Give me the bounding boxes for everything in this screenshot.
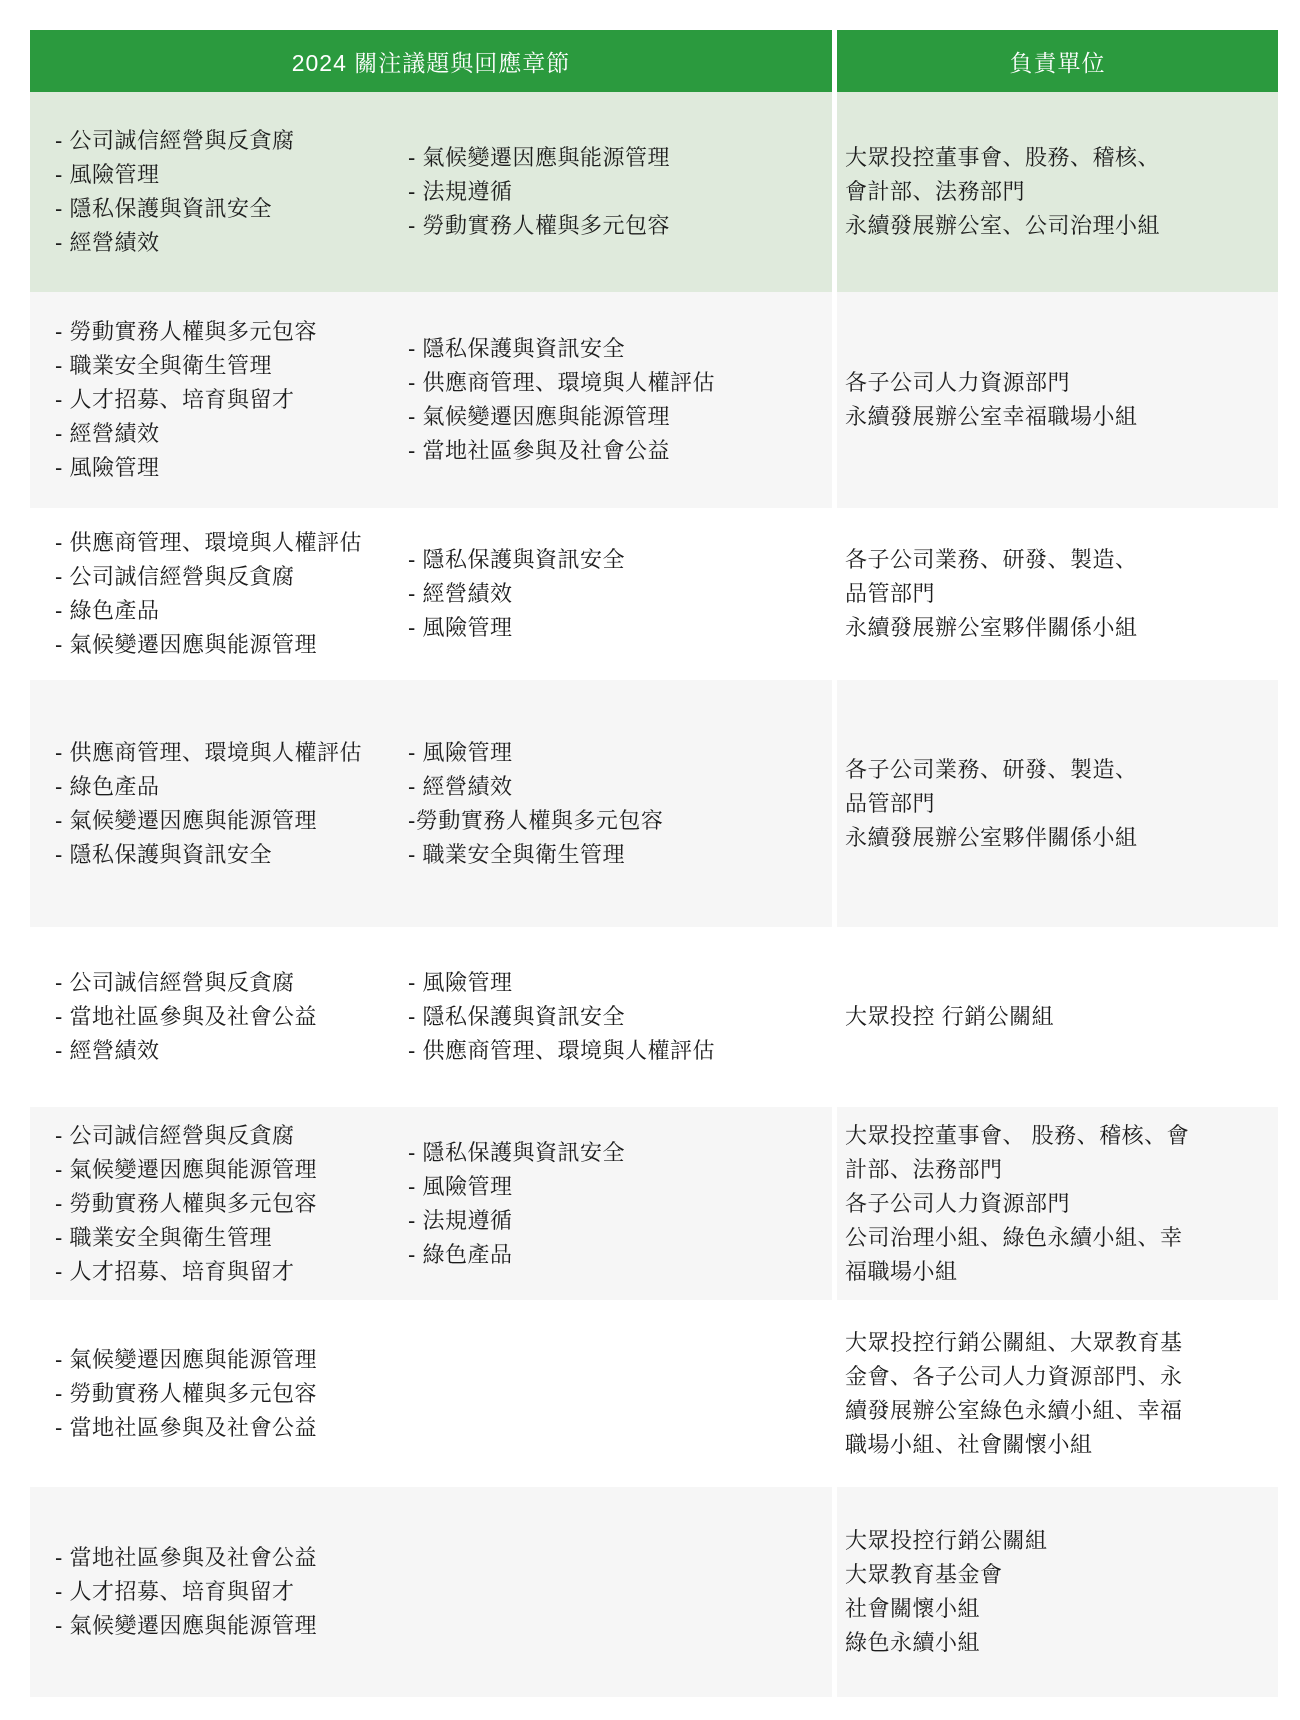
issues-cell: - 供應商管理、環境與人權評估- 綠色產品- 氣候變遷因應與能源管理- 隱私保護… bbox=[30, 680, 832, 927]
unit-cell: 各子公司業務、研發、製造、品管部門永續發展辦公室夥伴關係小組 bbox=[832, 680, 1278, 927]
issues-cell: - 勞動實務人權與多元包容- 職業安全與衛生管理- 人才招募、培育與留才- 經營… bbox=[30, 292, 832, 508]
unit-cell: 各子公司人力資源部門永續發展辦公室幸福職場小組 bbox=[832, 292, 1278, 508]
issue-item: - 綠色產品 bbox=[408, 1238, 828, 1272]
table-row: - 公司誠信經營與反貪腐- 當地社區參與及社會公益- 經營績效- 風險管理- 隱… bbox=[30, 927, 1278, 1107]
unit-line: 大眾投控董事會、 股務、稽核、會 bbox=[845, 1119, 1278, 1153]
unit-line: 社會關懷小組 bbox=[845, 1592, 1278, 1626]
issue-item: - 人才招募、培育與留才 bbox=[55, 383, 408, 417]
issue-item: - 氣候變遷因應與能源管理 bbox=[55, 804, 408, 838]
unit-line: 各子公司人力資源部門 bbox=[845, 366, 1278, 400]
issue-item: - 氣候變遷因應與能源管理 bbox=[55, 1343, 408, 1377]
issues-cell: - 公司誠信經營與反貪腐- 當地社區參與及社會公益- 經營績效- 風險管理- 隱… bbox=[30, 927, 832, 1107]
table-row: - 公司誠信經營與反貪腐- 風險管理- 隱私保護與資訊安全- 經營績效- 氣候變… bbox=[30, 92, 1278, 292]
unit-line: 大眾投控行銷公關組、大眾教育基 bbox=[845, 1326, 1278, 1360]
unit-cell: 各子公司業務、研發、製造、品管部門永續發展辦公室夥伴關係小組 bbox=[832, 508, 1278, 680]
issue-item: - 勞動實務人權與多元包容 bbox=[408, 209, 828, 243]
table-row: - 供應商管理、環境與人權評估- 綠色產品- 氣候變遷因應與能源管理- 隱私保護… bbox=[30, 680, 1278, 927]
issue-item: - 當地社區參與及社會公益 bbox=[408, 434, 828, 468]
issue-item: - 隱私保護與資訊安全 bbox=[408, 1000, 828, 1034]
unit-line: 品管部門 bbox=[845, 577, 1278, 611]
issue-item: - 風險管理 bbox=[55, 451, 408, 485]
header-issues-cell: 2024 關注議題與回應章節 bbox=[30, 30, 832, 92]
issue-list-primary: - 供應商管理、環境與人權評估- 綠色產品- 氣候變遷因應與能源管理- 隱私保護… bbox=[30, 736, 408, 872]
unit-line: 各子公司人力資源部門 bbox=[845, 1187, 1278, 1221]
unit-line: 大眾教育基金會 bbox=[845, 1558, 1278, 1592]
issue-item: - 供應商管理、環境與人權評估 bbox=[408, 366, 828, 400]
unit-line: 福職場小組 bbox=[845, 1255, 1278, 1289]
issue-item: - 風險管理 bbox=[408, 736, 828, 770]
unit-line: 綠色永續小組 bbox=[845, 1626, 1278, 1660]
table-row: - 當地社區參與及社會公益- 人才招募、培育與留才- 氣候變遷因應與能源管理大眾… bbox=[30, 1487, 1278, 1697]
unit-cell: 大眾投控董事會、 股務、稽核、會計部、法務部門各子公司人力資源部門公司治理小組、… bbox=[832, 1107, 1278, 1300]
table-row: - 勞動實務人權與多元包容- 職業安全與衛生管理- 人才招募、培育與留才- 經營… bbox=[30, 292, 1278, 508]
unit-line: 品管部門 bbox=[845, 787, 1278, 821]
unit-line: 金會、各子公司人力資源部門、永 bbox=[845, 1360, 1278, 1394]
issue-item: - 經營績效 bbox=[408, 770, 828, 804]
issues-cell: - 氣候變遷因應與能源管理- 勞動實務人權與多元包容- 當地社區參與及社會公益 bbox=[30, 1300, 832, 1487]
issue-item: - 供應商管理、環境與人權評估 bbox=[55, 736, 408, 770]
header-unit-cell: 負責單位 bbox=[832, 30, 1278, 92]
table-row: - 供應商管理、環境與人權評估- 公司誠信經營與反貪腐- 綠色產品- 氣候變遷因… bbox=[30, 508, 1278, 680]
unit-line: 各子公司業務、研發、製造、 bbox=[845, 543, 1278, 577]
unit-cell: 大眾投控 行銷公關組 bbox=[832, 927, 1278, 1107]
issue-item: - 風險管理 bbox=[55, 158, 408, 192]
issue-item: - 公司誠信經營與反貪腐 bbox=[55, 1119, 408, 1153]
unit-cell: 大眾投控行銷公關組、大眾教育基金會、各子公司人力資源部門、永續發展辦公室綠色永續… bbox=[832, 1300, 1278, 1487]
issue-item: - 法規遵循 bbox=[408, 1204, 828, 1238]
issue-list-primary: - 當地社區參與及社會公益- 人才招募、培育與留才- 氣候變遷因應與能源管理 bbox=[30, 1541, 408, 1643]
issue-list-secondary: - 風險管理- 隱私保護與資訊安全- 供應商管理、環境與人權評估 bbox=[408, 966, 832, 1068]
unit-line: 永續發展辦公室夥伴關係小組 bbox=[845, 821, 1278, 855]
unit-line: 永續發展辦公室、公司治理小組 bbox=[845, 209, 1278, 243]
issue-item: - 人才招募、培育與留才 bbox=[55, 1255, 408, 1289]
issue-item: - 當地社區參與及社會公益 bbox=[55, 1000, 408, 1034]
unit-line: 計部、法務部門 bbox=[845, 1153, 1278, 1187]
issues-cell: - 當地社區參與及社會公益- 人才招募、培育與留才- 氣候變遷因應與能源管理 bbox=[30, 1487, 832, 1697]
issue-list-primary: - 勞動實務人權與多元包容- 職業安全與衛生管理- 人才招募、培育與留才- 經營… bbox=[30, 315, 408, 485]
issue-item: - 當地社區參與及社會公益 bbox=[55, 1541, 408, 1575]
issue-item: - 隱私保護與資訊安全 bbox=[55, 192, 408, 226]
issue-item: - 供應商管理、環境與人權評估 bbox=[55, 526, 408, 560]
issue-list-secondary: - 氣候變遷因應與能源管理- 法規遵循- 勞動實務人權與多元包容 bbox=[408, 141, 832, 243]
issue-list-secondary: - 隱私保護與資訊安全- 供應商管理、環境與人權評估- 氣候變遷因應與能源管理-… bbox=[408, 332, 832, 468]
issue-item: - 勞動實務人權與多元包容 bbox=[55, 315, 408, 349]
unit-line: 公司治理小組、綠色永續小組、幸 bbox=[845, 1221, 1278, 1255]
issue-item: - 風險管理 bbox=[408, 611, 828, 645]
unit-line: 永續發展辦公室幸福職場小組 bbox=[845, 400, 1278, 434]
issue-item: - 法規遵循 bbox=[408, 175, 828, 209]
issue-item: - 勞動實務人權與多元包容 bbox=[55, 1377, 408, 1411]
table-body: - 公司誠信經營與反貪腐- 風險管理- 隱私保護與資訊安全- 經營績效- 氣候變… bbox=[30, 92, 1278, 1697]
issue-list-primary: - 公司誠信經營與反貪腐- 當地社區參與及社會公益- 經營績效 bbox=[30, 966, 408, 1068]
issue-item: - 風險管理 bbox=[408, 1170, 828, 1204]
issue-item: - 綠色產品 bbox=[55, 770, 408, 804]
table-row: - 氣候變遷因應與能源管理- 勞動實務人權與多元包容- 當地社區參與及社會公益大… bbox=[30, 1300, 1278, 1487]
issue-item: - 公司誠信經營與反貪腐 bbox=[55, 124, 408, 158]
issue-item: -勞動實務人權與多元包容 bbox=[408, 804, 828, 838]
issue-list-secondary: - 隱私保護與資訊安全- 風險管理- 法規遵循- 綠色產品 bbox=[408, 1136, 832, 1272]
issue-list-primary: - 氣候變遷因應與能源管理- 勞動實務人權與多元包容- 當地社區參與及社會公益 bbox=[30, 1343, 408, 1445]
issue-item: - 職業安全與衛生管理 bbox=[408, 838, 828, 872]
unit-line: 會計部、法務部門 bbox=[845, 175, 1278, 209]
issue-item: - 隱私保護與資訊安全 bbox=[408, 1136, 828, 1170]
issue-item: - 經營績效 bbox=[55, 1034, 408, 1068]
issue-list-primary: - 公司誠信經營與反貪腐- 氣候變遷因應與能源管理- 勞動實務人權與多元包容- … bbox=[30, 1119, 408, 1289]
unit-cell: 大眾投控行銷公關組大眾教育基金會社會關懷小組綠色永續小組 bbox=[832, 1487, 1278, 1697]
unit-line: 大眾投控行銷公關組 bbox=[845, 1524, 1278, 1558]
issue-item: - 經營績效 bbox=[55, 417, 408, 451]
issues-cell: - 公司誠信經營與反貪腐- 氣候變遷因應與能源管理- 勞動實務人權與多元包容- … bbox=[30, 1107, 832, 1300]
issues-cell: - 供應商管理、環境與人權評估- 公司誠信經營與反貪腐- 綠色產品- 氣候變遷因… bbox=[30, 508, 832, 680]
issue-item: - 氣候變遷因應與能源管理 bbox=[408, 141, 828, 175]
issue-item: - 職業安全與衛生管理 bbox=[55, 349, 408, 383]
unit-line: 大眾投控 行銷公關組 bbox=[845, 1000, 1278, 1034]
issue-item: - 公司誠信經營與反貪腐 bbox=[55, 966, 408, 1000]
issues-cell: - 公司誠信經營與反貪腐- 風險管理- 隱私保護與資訊安全- 經營績效- 氣候變… bbox=[30, 92, 832, 292]
issue-list-secondary: - 風險管理- 經營績效-勞動實務人權與多元包容- 職業安全與衛生管理 bbox=[408, 736, 832, 872]
issue-item: - 氣候變遷因應與能源管理 bbox=[408, 400, 828, 434]
table-row: - 公司誠信經營與反貪腐- 氣候變遷因應與能源管理- 勞動實務人權與多元包容- … bbox=[30, 1107, 1278, 1300]
issue-item: - 供應商管理、環境與人權評估 bbox=[408, 1034, 828, 1068]
issue-item: - 氣候變遷因應與能源管理 bbox=[55, 1153, 408, 1187]
issue-item: - 風險管理 bbox=[408, 966, 828, 1000]
issue-item: - 隱私保護與資訊安全 bbox=[408, 332, 828, 366]
issue-item: - 經營績效 bbox=[408, 577, 828, 611]
issue-list-primary: - 公司誠信經營與反貪腐- 風險管理- 隱私保護與資訊安全- 經營績效 bbox=[30, 124, 408, 260]
unit-line: 各子公司業務、研發、製造、 bbox=[845, 753, 1278, 787]
unit-line: 大眾投控董事會、股務、稽核、 bbox=[845, 141, 1278, 175]
unit-line: 續發展辦公室綠色永續小組、幸福 bbox=[845, 1394, 1278, 1428]
issue-list-primary: - 供應商管理、環境與人權評估- 公司誠信經營與反貪腐- 綠色產品- 氣候變遷因… bbox=[30, 526, 408, 662]
issue-item: - 公司誠信經營與反貪腐 bbox=[55, 560, 408, 594]
unit-line: 職場小組、社會關懷小組 bbox=[845, 1428, 1278, 1462]
issue-item: - 經營績效 bbox=[55, 226, 408, 260]
issue-item: - 人才招募、培育與留才 bbox=[55, 1575, 408, 1609]
issue-item: - 勞動實務人權與多元包容 bbox=[55, 1187, 408, 1221]
table-header: 2024 關注議題與回應章節 負責單位 bbox=[30, 30, 1278, 92]
issue-list-secondary: - 隱私保護與資訊安全- 經營績效- 風險管理 bbox=[408, 543, 832, 645]
unit-cell: 大眾投控董事會、股務、稽核、會計部、法務部門永續發展辦公室、公司治理小組 bbox=[832, 92, 1278, 292]
issue-item: - 隱私保護與資訊安全 bbox=[408, 543, 828, 577]
issue-item: - 綠色產品 bbox=[55, 594, 408, 628]
issue-item: - 職業安全與衛生管理 bbox=[55, 1221, 408, 1255]
issue-item: - 氣候變遷因應與能源管理 bbox=[55, 1609, 408, 1643]
materiality-table: 2024 關注議題與回應章節 負責單位 - 公司誠信經營與反貪腐- 風險管理- … bbox=[30, 30, 1278, 1697]
issue-item: - 氣候變遷因應與能源管理 bbox=[55, 628, 408, 662]
issue-item: - 當地社區參與及社會公益 bbox=[55, 1411, 408, 1445]
issue-item: - 隱私保護與資訊安全 bbox=[55, 838, 408, 872]
unit-line: 永續發展辦公室夥伴關係小組 bbox=[845, 611, 1278, 645]
